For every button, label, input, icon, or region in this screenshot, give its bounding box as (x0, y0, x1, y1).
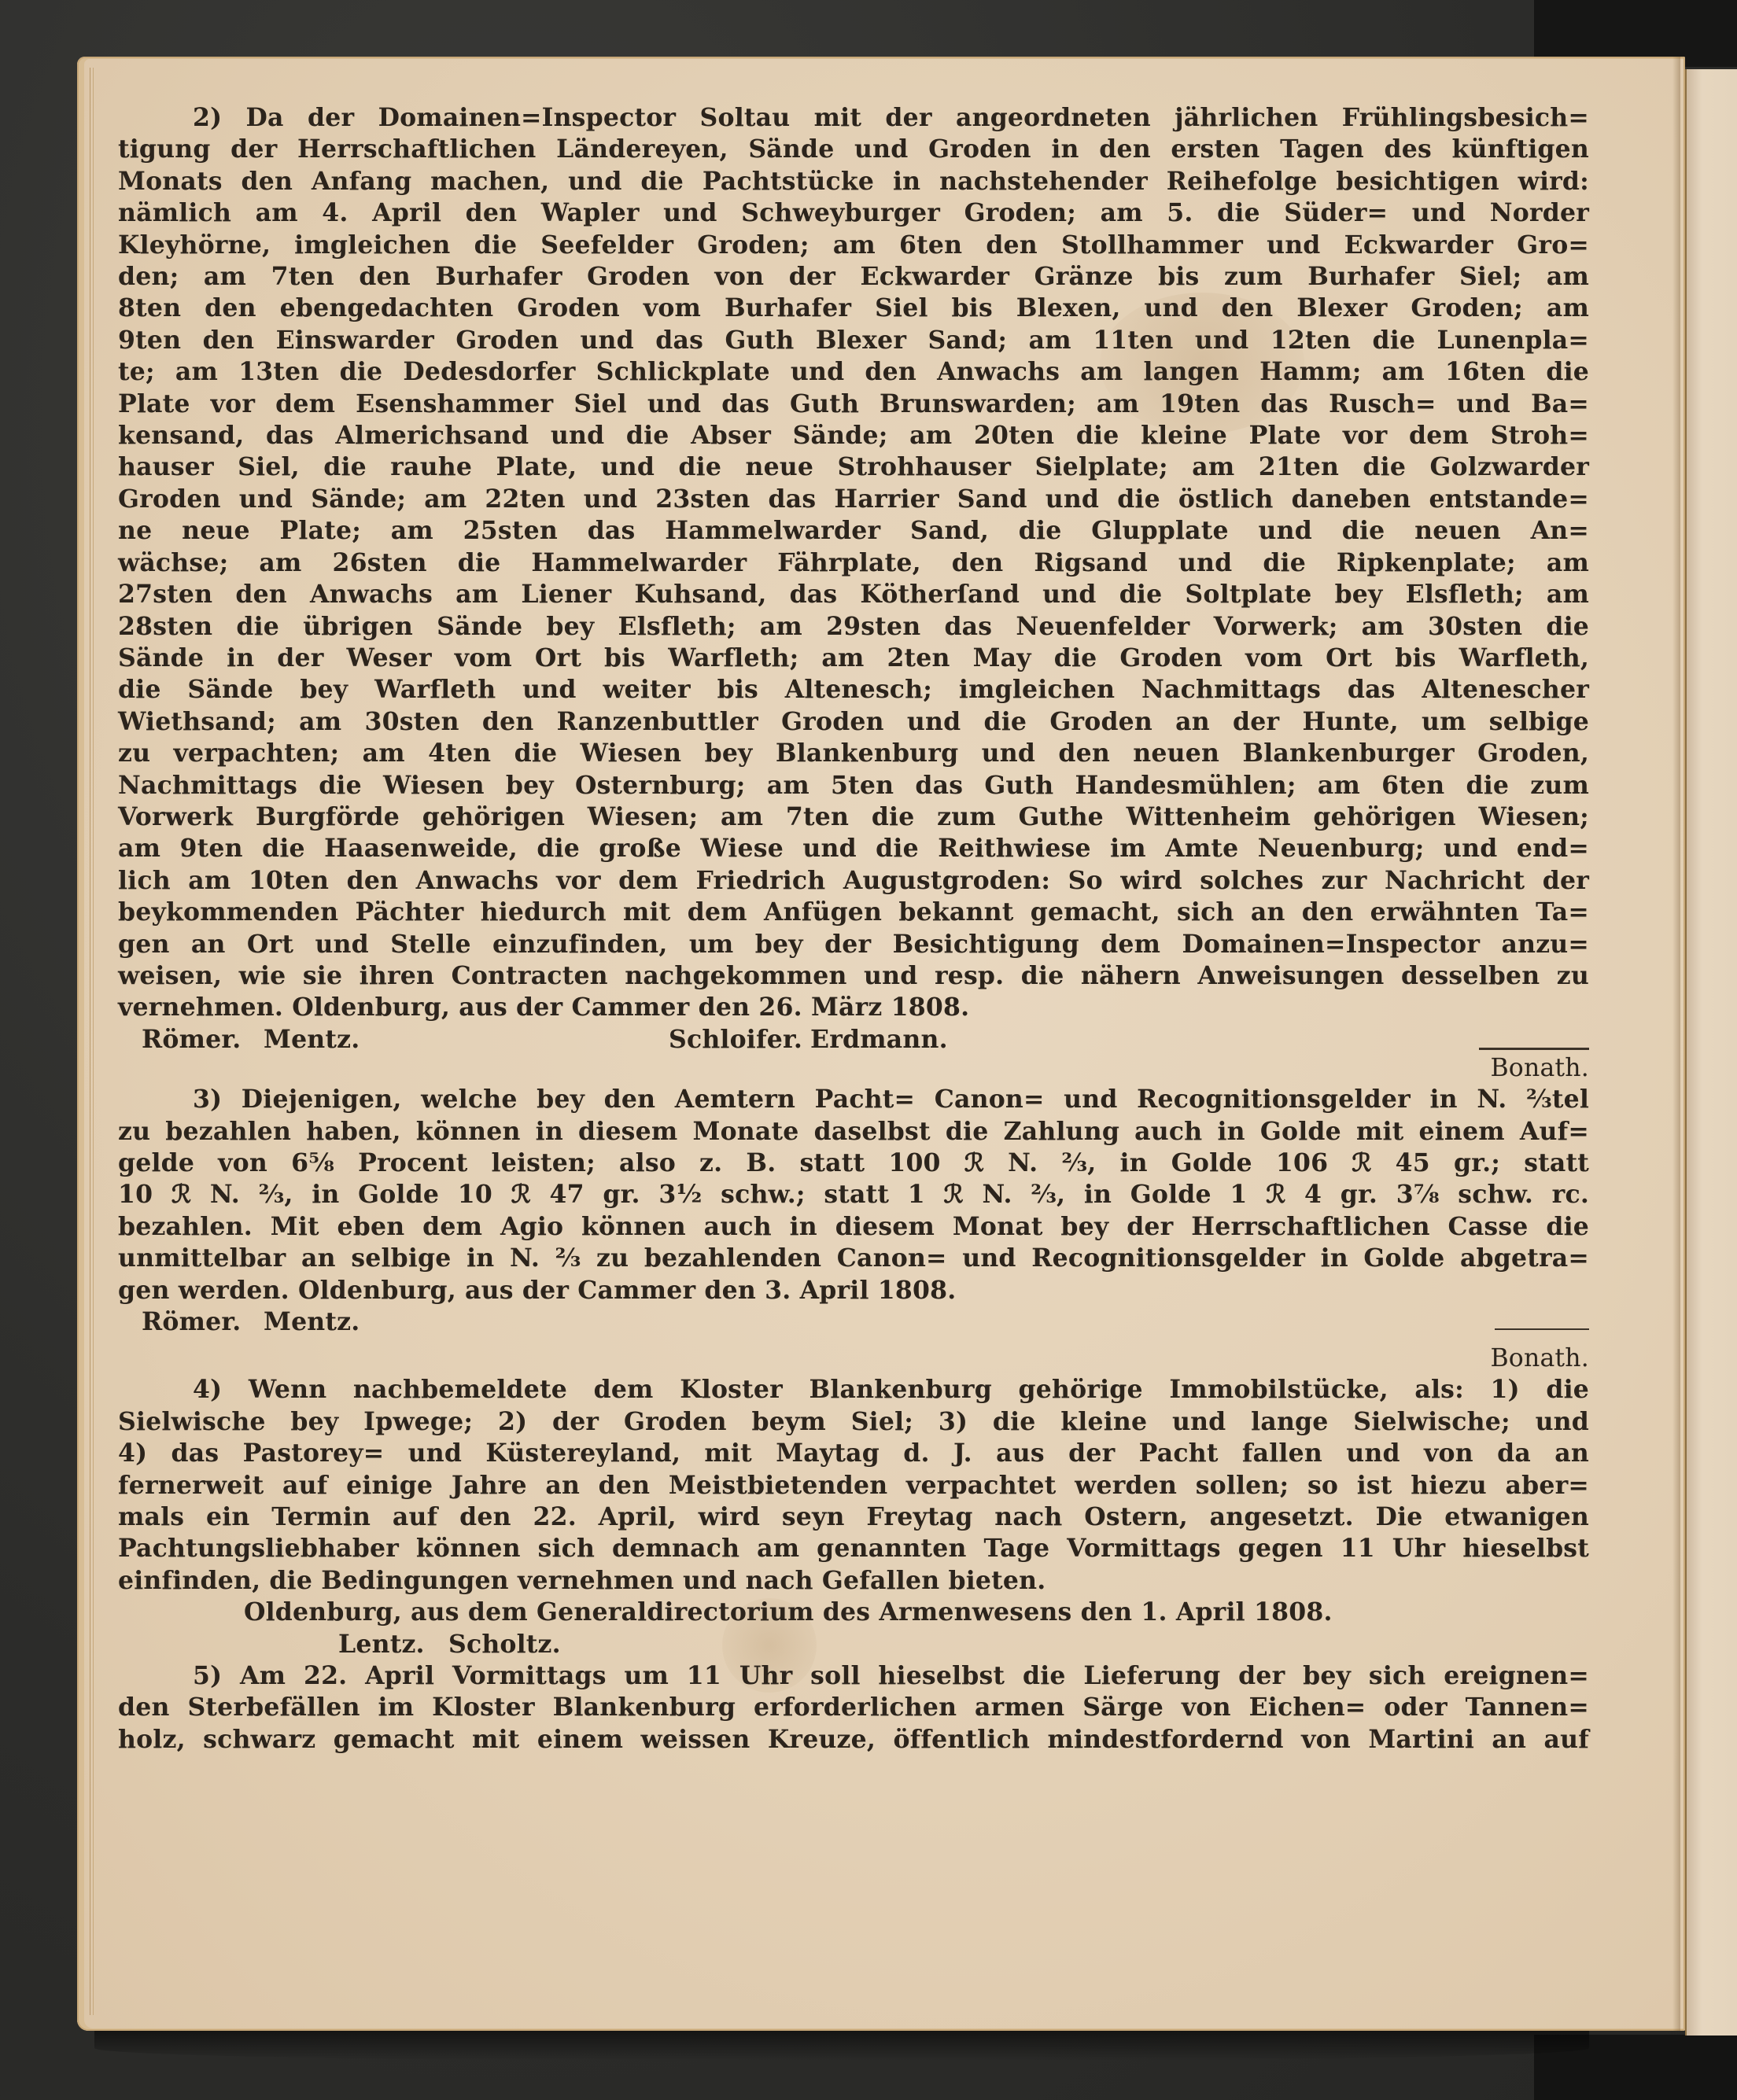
text-line: 3) Diejenigen, welche bey den Aemtern Pa… (118, 1084, 1589, 1115)
text-line: gen an Ort und Stelle einzufinden, um be… (118, 929, 1589, 960)
signature-row: Lentz. Scholtz. (118, 1629, 1589, 1660)
text-line: 27sten den Anwachs am Liener Kuhsand, da… (118, 579, 1589, 610)
text-line: 4) das Pastorey= und Küstereyland, mit M… (118, 1438, 1589, 1469)
text-line: wächse; am 26sten die Hammelwarder Fährp… (118, 547, 1589, 579)
text-line: Wiethsand; am 30sten den Ranzenbuttler G… (118, 706, 1589, 738)
signature: Mentz. (264, 1024, 360, 1056)
text-line: zu verpachten; am 4ten die Wiesen bey Bl… (118, 738, 1589, 769)
signature-row: Römer. Mentz. Schloifer. Erdmann. (118, 1024, 1589, 1056)
dateline: Oldenburg, aus dem Generaldirectorium de… (118, 1597, 1589, 1628)
signature: Römer. (142, 1024, 241, 1056)
text-line: Vorwerk Burgförde gehörigen Wiesen; am 7… (118, 801, 1589, 833)
text-line: Sielwische bey Ipwege; 2) der Groden bey… (118, 1406, 1589, 1438)
signature: Scholtz. (448, 1629, 561, 1660)
text-line: kensand, das Almerichsand und die Abser … (118, 420, 1589, 451)
text-line: Monats den Anfang machen, und die Pachts… (118, 166, 1589, 197)
text-line: 5) Am 22. April Vormittags um 11 Uhr sol… (118, 1660, 1589, 1692)
dateline: vernehmen. Oldenburg, aus der Cammer den… (118, 992, 1589, 1023)
text-line: 9ten den Einswarder Groden und das Guth … (118, 325, 1589, 356)
signature-row: Römer. Mentz. (118, 1306, 1589, 1338)
text-line: Nachmittags die Wiesen bey Osternburg; a… (118, 770, 1589, 801)
text-line: die Sände bey Warfleth und weiter bis Al… (118, 674, 1589, 706)
text-line: den; am 7ten den Burhafer Groden von der… (118, 261, 1589, 293)
text-line: Pachtungsliebhaber können sich demnach a… (118, 1533, 1589, 1564)
section-2: 2) Da der Domainen=Inspector Soltau mit … (118, 102, 1589, 1024)
signature: Erdmann. (810, 1024, 948, 1056)
text-line: hauser Siel, die rauhe Plate, und die ne… (118, 451, 1589, 483)
text-line: weisen, wie sie ihren Contracten nachgek… (118, 960, 1589, 992)
signature: Mentz. (264, 1306, 360, 1338)
signature-right: Bonath. (118, 1343, 1589, 1374)
section-3: 3) Diejenigen, welche bey den Aemtern Pa… (118, 1084, 1589, 1306)
adjacent-page-edge (1685, 69, 1737, 2036)
text-line: einfinden, die Bedingungen vernehmen und… (118, 1565, 1589, 1597)
text-line: mals ein Termin auf den 22. April, wird … (118, 1501, 1589, 1533)
text-line: Groden und Sände; am 22ten und 23sten da… (118, 484, 1589, 515)
section-4: 4) Wenn nachbemeldete dem Kloster Blanke… (118, 1374, 1589, 1597)
text-line: bezahlen. Mit eben dem Agio können auch … (118, 1211, 1589, 1243)
text-line: tigung der Herrschaftlichen Ländereyen, … (118, 134, 1589, 165)
document-text: 2) Da der Domainen=Inspector Soltau mit … (118, 102, 1589, 1756)
text-line: nämlich am 4. April den Wapler und Schwe… (118, 197, 1589, 229)
text-line: holz, schwarz gemacht mit einem weissen … (118, 1724, 1589, 1756)
text-line: Sände in der Weser vom Ort bis Warfleth;… (118, 643, 1589, 674)
text-line: am 9ten die Haasenweide, die große Wiese… (118, 833, 1589, 864)
text-line: gelde von 6⅝ Procent leisten; also z. B.… (118, 1148, 1589, 1179)
text-line: lich am 10ten den Anwachs vor dem Friedr… (118, 865, 1589, 897)
text-line: zu bezahlen haben, können in diesem Mona… (118, 1116, 1589, 1148)
text-line: 2) Da der Domainen=Inspector Soltau mit … (118, 102, 1589, 134)
text-line: den Sterbefällen im Kloster Blankenburg … (118, 1692, 1589, 1723)
text-line: Plate vor dem Esenshammer Siel und das G… (118, 389, 1589, 420)
text-line: 10 ℛ N. ⅔, in Golde 10 ℛ 47 gr. 3½ schw.… (118, 1179, 1589, 1210)
separator-rule (1479, 1048, 1589, 1050)
text-line: fernerweit auf einige Jahre an den Meist… (118, 1470, 1589, 1501)
text-line: 28sten die übrigen Sände bey Elsfleth; a… (118, 611, 1589, 643)
signature: Schloifer. (669, 1024, 802, 1056)
text-line: unmittelbar an selbige in N. ⅔ zu bezahl… (118, 1243, 1589, 1274)
separator-rule (1495, 1328, 1589, 1330)
page-shadow (94, 2029, 1589, 2061)
signature: Römer. (142, 1306, 241, 1338)
text-line: ne neue Plate; am 25sten das Hammelwarde… (118, 515, 1589, 547)
text-line: beykommenden Pächter hiedurch mit dem An… (118, 897, 1589, 928)
text-line: 8ten den ebengedachten Groden vom Burhaf… (118, 293, 1589, 324)
signature: Lentz. (338, 1629, 425, 1660)
text-line: te; am 13ten die Dedesdorfer Schlickplat… (118, 356, 1589, 388)
dateline: gen werden. Oldenburg, aus der Cammer de… (118, 1275, 1589, 1306)
text-line: 4) Wenn nachbemeldete dem Kloster Blanke… (118, 1374, 1589, 1406)
signature-right: Bonath. (118, 1052, 1589, 1084)
section-5: 5) Am 22. April Vormittags um 11 Uhr sol… (118, 1660, 1589, 1756)
text-line: Kleyhörne, imgleichen die Seefelder Grod… (118, 230, 1589, 261)
